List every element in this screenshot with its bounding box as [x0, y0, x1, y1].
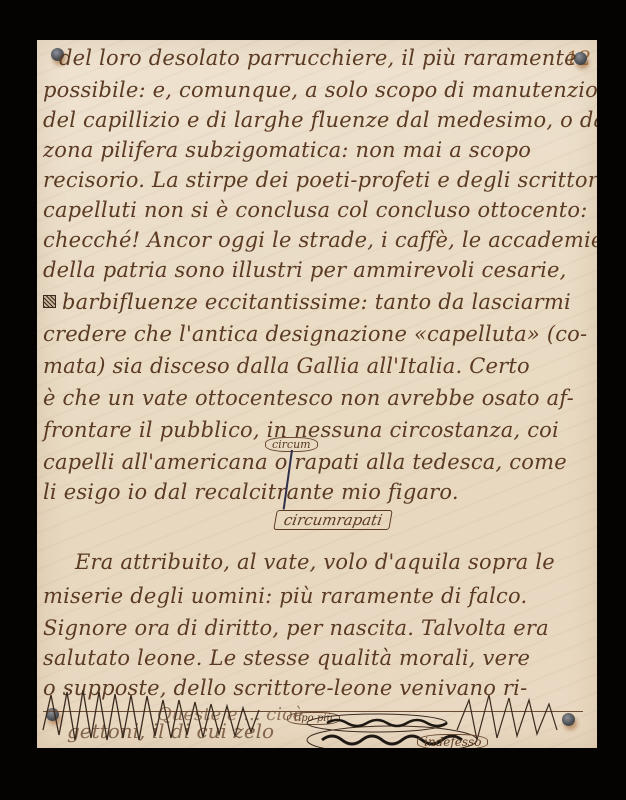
manuscript-page: 12 del loro desolato parrucchiere, il pi…: [37, 40, 597, 748]
annotation-indefesso: indefesso: [417, 734, 488, 748]
svg-text:Queste e ... cioè: Queste e ... cioè: [157, 704, 303, 725]
crossed-out-text-scribble: gettoni, il di cui zelo Queste e ... cio…: [37, 40, 597, 748]
scan-frame: 12 del loro desolato parrucchiere, il pi…: [0, 0, 626, 800]
